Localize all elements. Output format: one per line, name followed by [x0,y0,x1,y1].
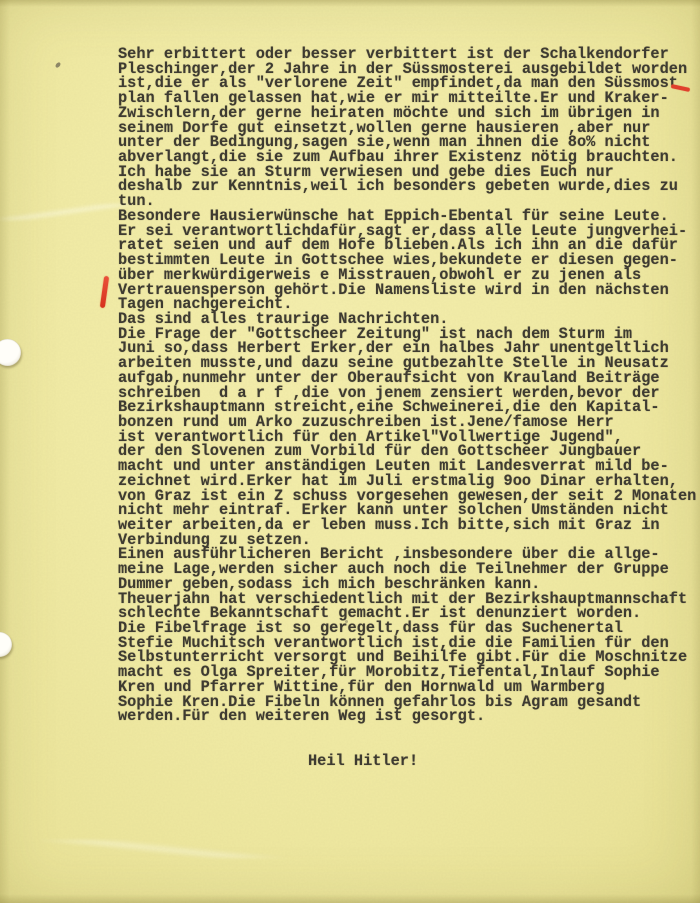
paper-speck [387,101,389,103]
punch-hole [0,632,12,657]
letter-body: Sehr erbittert oder besser verbittert is… [118,47,700,768]
paper-speck [345,620,348,623]
document-page: Sehr erbittert oder besser verbittert is… [0,0,700,903]
punch-hole [0,339,21,366]
letter-lines: Sehr erbittert oder besser verbittert is… [118,47,700,754]
paper-speck [55,61,62,68]
paper-crease [40,840,300,858]
text-line [118,724,700,739]
paper-crease [0,204,130,220]
closing-salutation: Heil Hitler! [118,754,700,769]
text-line: deshalb zur Kenntnis,weil ich besonders … [118,179,700,194]
red-pen-margin-mark [100,276,109,308]
text-line: werden.Für den weiteren Weg ist gesorgt. [118,709,700,724]
